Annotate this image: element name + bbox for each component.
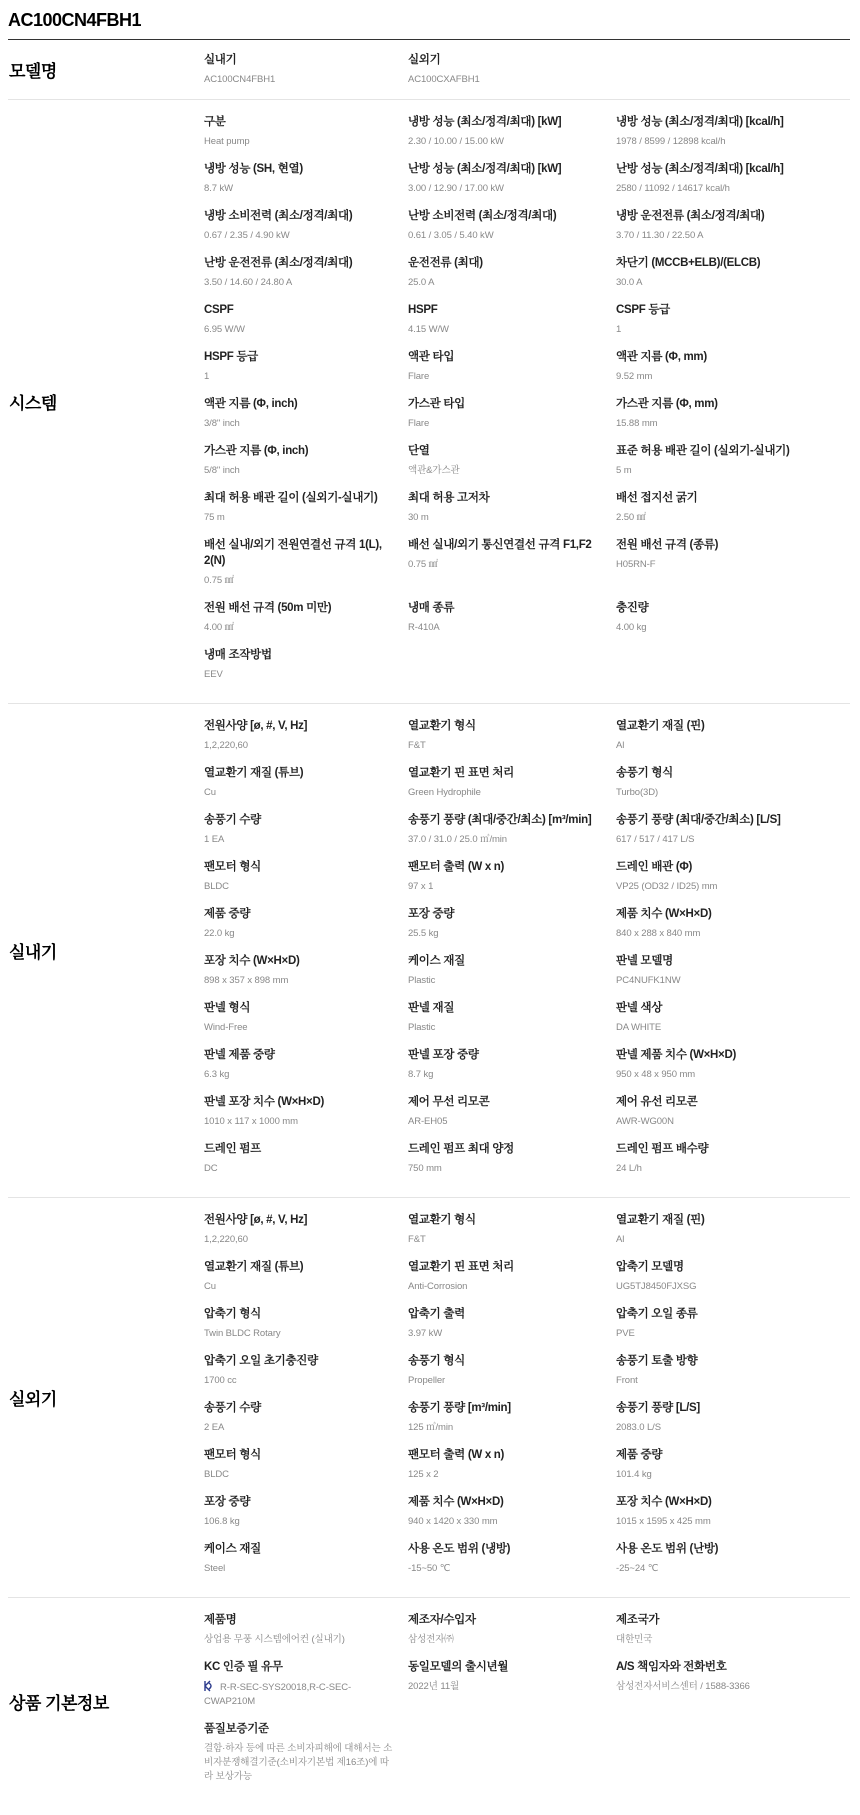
spec-value: Steel [204, 1562, 394, 1576]
spec-label: 제어 무선 리모콘 [408, 1094, 602, 1110]
spec-label: 가스관 지름 (Φ, mm) [616, 396, 818, 412]
spec-label: 드레인 배관 (Φ) [616, 859, 818, 875]
spec-label: 열교환기 재질 (핀) [616, 718, 818, 734]
spec-item: 송풍기 수량2 EA [204, 1400, 408, 1447]
spec-value: Plastic [408, 974, 602, 988]
spec-item: 최대 허용 고저차30 m [408, 490, 616, 537]
spec-value: 30 m [408, 511, 602, 525]
spec-page: AC100CN4FBH1 모델명실내기AC100CN4FBH1실외기AC100C… [0, 0, 860, 1805]
spec-value: DC [204, 1162, 394, 1176]
spec-label: 포장 중량 [408, 906, 602, 922]
spec-label: 케이스 재질 [408, 953, 602, 969]
spec-value: 106.8 kg [204, 1515, 394, 1529]
spec-label: 제품명 [204, 1612, 394, 1628]
spec-value: 15.88 mm [616, 417, 818, 431]
spec-item: 표준 허용 배관 길이 (실외기-실내기)5 m [616, 443, 832, 490]
spec-value: PC4NUFK1NW [616, 974, 818, 988]
spec-label: 가스관 타입 [408, 396, 602, 412]
spec-item: HSPF 등급1 [204, 349, 408, 396]
spec-value: 4.00 kg [616, 621, 818, 635]
spec-value: 25.0 A [408, 276, 602, 290]
spec-value: 2.30 / 10.00 / 15.00 kW [408, 135, 602, 149]
spec-label: 최대 허용 고저차 [408, 490, 602, 506]
spec-item: 드레인 펌프DC [204, 1141, 408, 1188]
spec-value: 6.3 kg [204, 1068, 394, 1082]
spec-item: 제품 치수 (W×H×D)840 x 288 x 840 mm [616, 906, 832, 953]
kc-cert-number: R-R-SEC-SYS20018,R-C-SEC-CWAP210M [204, 1682, 351, 1707]
spec-item: 냉방 성능 (SH, 현열)8.7 kW [204, 161, 408, 208]
spec-label: 가스관 지름 (Φ, inch) [204, 443, 394, 459]
spec-label: 사용 온도 범위 (냉방) [408, 1541, 602, 1557]
section-label: 실내기 [8, 704, 204, 1197]
spec-item: 난방 성능 (최소/정격/최대) [kcal/h]2580 / 11092 / … [616, 161, 832, 208]
spec-label: 열교환기 형식 [408, 1212, 602, 1228]
page-title: AC100CN4FBH1 [8, 8, 141, 31]
spec-item: 제어 무선 리모콘AR-EH05 [408, 1094, 616, 1141]
spec-label: 압축기 오일 종류 [616, 1306, 818, 1322]
spec-item: 송풍기 풍량 [m³/min]125 ㎥/min [408, 1400, 616, 1447]
spec-label: 판넬 제품 치수 (W×H×D) [616, 1047, 818, 1063]
spec-label: 판넬 제품 중량 [204, 1047, 394, 1063]
spec-value: 대한민국 [616, 1633, 818, 1647]
spec-label: 드레인 펌프 최대 양정 [408, 1141, 602, 1157]
section-label: 상품 기본정보 [8, 1598, 204, 1805]
spec-value: Front [616, 1374, 818, 1388]
spec-label: 난방 소비전력 (최소/정격/최대) [408, 208, 602, 224]
spec-label: 사용 온도 범위 (난방) [616, 1541, 818, 1557]
spec-label: 판넬 형식 [204, 1000, 394, 1016]
spec-label: 냉방 소비전력 (최소/정격/최대) [204, 208, 394, 224]
spec-value: 5 m [616, 464, 818, 478]
spec-label: 동일모델의 출시년월 [408, 1659, 602, 1675]
spec-label: 열교환기 재질 (튜브) [204, 1259, 394, 1275]
spec-label: 포장 중량 [204, 1494, 394, 1510]
spec-item: 열교환기 형식F&T [408, 718, 616, 765]
spec-label: 판넬 색상 [616, 1000, 818, 1016]
spec-item: 팬모터 출력 (W x n)97 x 1 [408, 859, 616, 906]
spec-label: 냉방 운전전류 (최소/정격/최대) [616, 208, 818, 224]
spec-label: 배선 실내/외기 전원연결선 규격 1(L), 2(N) [204, 537, 394, 569]
spec-label: 송풍기 풍량 [m³/min] [408, 1400, 602, 1416]
spec-value: BLDC [204, 880, 394, 894]
spec-item: 제조국가대한민국 [616, 1612, 832, 1659]
spec-label: 송풍기 수량 [204, 1400, 394, 1416]
spec-item: 액관 타입Flare [408, 349, 616, 396]
spec-item: 최대 허용 배관 길이 (실외기-실내기)75 m [204, 490, 408, 537]
spec-value: 840 x 288 x 840 mm [616, 927, 818, 941]
spec-item: 송풍기 형식Propeller [408, 1353, 616, 1400]
spec-label: CSPF [204, 302, 394, 318]
spec-item: 압축기 출력3.97 kW [408, 1306, 616, 1353]
spec-label: 송풍기 풍량 (최대/중간/최소) [m³/min] [408, 812, 602, 828]
spec-label: 판넬 포장 중량 [408, 1047, 602, 1063]
spec-section: 실내기전원사양 [ø, #, V, Hz]1,2,220,60열교환기 형식F&… [8, 704, 850, 1198]
spec-label: 단열 [408, 443, 602, 459]
spec-value: 8.7 kW [204, 182, 394, 196]
section-label: 시스템 [8, 100, 204, 703]
spec-value: AR-EH05 [408, 1115, 602, 1129]
spec-item: 팬모터 형식BLDC [204, 1447, 408, 1494]
spec-label: 품질보증기준 [204, 1721, 394, 1737]
section-label: 실외기 [8, 1198, 204, 1597]
spec-label: 배선 실내/외기 통신연결선 규격 F1,F2 [408, 537, 602, 553]
spec-item: 열교환기 핀 표면 처리Anti-Corrosion [408, 1259, 616, 1306]
spec-item: 송풍기 풍량 (최대/중간/최소) [L/S]617 / 517 / 417 L… [616, 812, 832, 859]
spec-value: -15~50 ℃ [408, 1562, 602, 1576]
spec-item: 압축기 모델명UG5TJ8450FJXSG [616, 1259, 832, 1306]
spec-value: Flare [408, 370, 602, 384]
spec-label: 열교환기 핀 표면 처리 [408, 1259, 602, 1275]
spec-item: 판넬 포장 치수 (W×H×D)1010 x 117 x 1000 mm [204, 1094, 408, 1141]
spec-value: Propeller [408, 1374, 602, 1388]
spec-label: 차단기 (MCCB+ELB)/(ELCB) [616, 255, 818, 271]
spec-value: F&T [408, 739, 602, 753]
spec-item: 팬모터 출력 (W x n)125 x 2 [408, 1447, 616, 1494]
spec-label: 구분 [204, 114, 394, 130]
spec-item: 송풍기 풍량 (최대/중간/최소) [m³/min]37.0 / 31.0 / … [408, 812, 616, 859]
spec-item: A/S 책임자와 전화번호삼성전자서비스센터 / 1588-3366 [616, 1659, 832, 1721]
spec-value: 3/8" inch [204, 417, 394, 431]
spec-value: 1 [204, 370, 394, 384]
spec-grid: 제품명상업용 무풍 시스템에어컨 (실내기)제조자/수입자삼성전자㈜제조국가대한… [204, 1598, 850, 1805]
spec-item: 가스관 지름 (Φ, inch)5/8" inch [204, 443, 408, 490]
spec-label: 팬모터 출력 (W x n) [408, 859, 602, 875]
spec-label: 난방 운전전류 (최소/정격/최대) [204, 255, 394, 271]
spec-value: H05RN-F [616, 558, 818, 572]
spec-value: 2083.0 L/S [616, 1421, 818, 1435]
spec-label: 제어 유선 리모콘 [616, 1094, 818, 1110]
spec-item: 판넬 형식Wind-Free [204, 1000, 408, 1047]
spec-label: 열교환기 재질 (핀) [616, 1212, 818, 1228]
spec-value: Green Hydrophile [408, 786, 602, 800]
spec-label: 케이스 재질 [204, 1541, 394, 1557]
spec-label: 판넬 모델명 [616, 953, 818, 969]
spec-item: 제품명상업용 무풍 시스템에어컨 (실내기) [204, 1612, 408, 1659]
spec-item: 팬모터 형식BLDC [204, 859, 408, 906]
spec-value: Plastic [408, 1021, 602, 1035]
spec-value: 1,2,220,60 [204, 739, 394, 753]
spec-item: 충진량4.00 kg [616, 600, 832, 647]
spec-item: 드레인 펌프 최대 양정750 mm [408, 1141, 616, 1188]
spec-item: 제품 중량101.4 kg [616, 1447, 832, 1494]
spec-label: 냉매 종류 [408, 600, 602, 616]
spec-section: 실외기전원사양 [ø, #, V, Hz]1,2,220,60열교환기 형식F&… [8, 1198, 850, 1598]
spec-item: 드레인 배관 (Φ)VP25 (OD32 / ID25) mm [616, 859, 832, 906]
spec-label: 송풍기 형식 [408, 1353, 602, 1369]
spec-value: Flare [408, 417, 602, 431]
spec-value: AWR-WG00N [616, 1115, 818, 1129]
spec-label: 송풍기 풍량 [L/S] [616, 1400, 818, 1416]
spec-value: AC100CN4FBH1 [204, 73, 394, 87]
spec-label: 전원사양 [ø, #, V, Hz] [204, 718, 394, 734]
spec-label: 송풍기 토출 방향 [616, 1353, 818, 1369]
spec-item: 동일모델의 출시년월2022년 11월 [408, 1659, 616, 1721]
spec-value: -25~24 ℃ [616, 1562, 818, 1576]
spec-label: 팬모터 출력 (W x n) [408, 1447, 602, 1463]
spec-grid: 전원사양 [ø, #, V, Hz]1,2,220,60열교환기 형식F&T열교… [204, 1198, 850, 1597]
spec-label: 제조국가 [616, 1612, 818, 1628]
spec-value: Cu [204, 1280, 394, 1294]
spec-label: 제조자/수입자 [408, 1612, 602, 1628]
spec-label: 액관 지름 (Φ, inch) [204, 396, 394, 412]
spec-label: 제품 치수 (W×H×D) [408, 1494, 602, 1510]
spec-item: 열교환기 재질 (핀)Al [616, 1212, 832, 1259]
spec-item: 전원사양 [ø, #, V, Hz]1,2,220,60 [204, 1212, 408, 1259]
spec-label: 제품 중량 [616, 1447, 818, 1463]
spec-label: 압축기 출력 [408, 1306, 602, 1322]
spec-value: 3.97 kW [408, 1327, 602, 1341]
spec-value: R-410A [408, 621, 602, 635]
title-bar: AC100CN4FBH1 [8, 0, 850, 40]
spec-item: 전원사양 [ø, #, V, Hz]1,2,220,60 [204, 718, 408, 765]
spec-value: 750 mm [408, 1162, 602, 1176]
spec-label: 송풍기 풍량 (최대/중간/최소) [L/S] [616, 812, 818, 828]
spec-value: VP25 (OD32 / ID25) mm [616, 880, 818, 894]
spec-item: 냉방 운전전류 (최소/정격/최대)3.70 / 11.30 / 22.50 A [616, 208, 832, 255]
spec-label: 실내기 [204, 52, 394, 68]
spec-item: 송풍기 토출 방향Front [616, 1353, 832, 1400]
spec-item: 냉매 종류R-410A [408, 600, 616, 647]
spec-label: 압축기 모델명 [616, 1259, 818, 1275]
spec-label: 배선 접지선 굵기 [616, 490, 818, 506]
spec-value: 1700 cc [204, 1374, 394, 1388]
spec-grid: 구분Heat pump냉방 성능 (최소/정격/최대) [kW]2.30 / 1… [204, 100, 850, 703]
spec-item: 열교환기 형식F&T [408, 1212, 616, 1259]
spec-value: UG5TJ8450FJXSG [616, 1280, 818, 1294]
spec-label: 열교환기 핀 표면 처리 [408, 765, 602, 781]
spec-item: 난방 운전전류 (최소/정격/최대)3.50 / 14.60 / 24.80 A [204, 255, 408, 302]
spec-label: 제품 중량 [204, 906, 394, 922]
spec-label: 최대 허용 배관 길이 (실외기-실내기) [204, 490, 394, 506]
spec-label: 판넬 재질 [408, 1000, 602, 1016]
spec-item: 제품 치수 (W×H×D)940 x 1420 x 330 mm [408, 1494, 616, 1541]
spec-value: Al [616, 1233, 818, 1247]
spec-label: 판넬 포장 치수 (W×H×D) [204, 1094, 394, 1110]
spec-label: 표준 허용 배관 길이 (실외기-실내기) [616, 443, 818, 459]
spec-item: 품질보증기준결함·하자 등에 따른 소비자피해에 대해서는 소비자분쟁해결기준(… [204, 1721, 408, 1796]
spec-label: 액관 지름 (Φ, mm) [616, 349, 818, 365]
spec-item: 포장 치수 (W×H×D)898 x 357 x 898 mm [204, 953, 408, 1000]
spec-value: Twin BLDC Rotary [204, 1327, 394, 1341]
spec-item: 열교환기 재질 (핀)Al [616, 718, 832, 765]
spec-label: 냉매 조작방법 [204, 647, 394, 663]
spec-label: 냉방 성능 (최소/정격/최대) [kW] [408, 114, 602, 130]
section-label: 모델명 [8, 40, 204, 99]
spec-value: 3.00 / 12.90 / 17.00 kW [408, 182, 602, 196]
spec-label: 전원 배선 규격 (종류) [616, 537, 818, 553]
spec-item: 포장 중량25.5 kg [408, 906, 616, 953]
spec-item: 배선 실내/외기 통신연결선 규격 F1,F20.75 ㎟ [408, 537, 616, 600]
spec-value: 5/8" inch [204, 464, 394, 478]
spec-item: 압축기 오일 종류PVE [616, 1306, 832, 1353]
spec-section: 시스템구분Heat pump냉방 성능 (최소/정격/최대) [kW]2.30 … [8, 100, 850, 704]
spec-value: 950 x 48 x 950 mm [616, 1068, 818, 1082]
spec-label: 냉방 성능 (SH, 현열) [204, 161, 394, 177]
spec-value: 0.61 / 3.05 / 5.40 kW [408, 229, 602, 243]
spec-value: R-R-SEC-SYS20018,R-C-SEC-CWAP210M [204, 1680, 394, 1709]
spec-label: 전원 배선 규격 (50m 미만) [204, 600, 394, 616]
spec-value: 6.95 W/W [204, 323, 394, 337]
spec-item: HSPF4.15 W/W [408, 302, 616, 349]
spec-label: A/S 책임자와 전화번호 [616, 1659, 818, 1675]
spec-value: 30.0 A [616, 276, 818, 290]
spec-value: Cu [204, 786, 394, 800]
spec-item: 실외기AC100CXAFBH1 [408, 52, 616, 99]
spec-item: 판넬 제품 치수 (W×H×D)950 x 48 x 950 mm [616, 1047, 832, 1094]
spec-label: 전원사양 [ø, #, V, Hz] [204, 1212, 394, 1228]
spec-value: 125 x 2 [408, 1468, 602, 1482]
spec-value: 25.5 kg [408, 927, 602, 941]
spec-value: 4.00 ㎟ [204, 621, 394, 635]
spec-value: 1 EA [204, 833, 394, 847]
spec-item: 판넬 포장 중량8.7 kg [408, 1047, 616, 1094]
spec-item: CSPF6.95 W/W [204, 302, 408, 349]
spec-item: 배선 접지선 굵기2.50 ㎟ [616, 490, 832, 537]
spec-label: 난방 성능 (최소/정격/최대) [kW] [408, 161, 602, 177]
spec-label: 포장 치수 (W×H×D) [616, 1494, 818, 1510]
spec-item: 판넬 재질Plastic [408, 1000, 616, 1047]
spec-value: 2.50 ㎟ [616, 511, 818, 525]
spec-item: 냉매 조작방법EEV [204, 647, 408, 694]
spec-value: AC100CXAFBH1 [408, 73, 602, 87]
spec-value: 97 x 1 [408, 880, 602, 894]
spec-item: 전원 배선 규격 (50m 미만)4.00 ㎟ [204, 600, 408, 647]
spec-value: Heat pump [204, 135, 394, 149]
spec-item: 송풍기 풍량 [L/S]2083.0 L/S [616, 1400, 832, 1447]
spec-value: 0.75 ㎟ [204, 574, 394, 588]
spec-value: 삼성전자서비스센터 / 1588-3366 [616, 1680, 818, 1694]
spec-section: 상품 기본정보제품명상업용 무풍 시스템에어컨 (실내기)제조자/수입자삼성전자… [8, 1598, 850, 1805]
spec-item: 송풍기 수량1 EA [204, 812, 408, 859]
spec-value: BLDC [204, 1468, 394, 1482]
spec-value: 9.52 mm [616, 370, 818, 384]
spec-value: Al [616, 739, 818, 753]
spec-item: 액관 지름 (Φ, mm)9.52 mm [616, 349, 832, 396]
spec-value: 액관&가스관 [408, 464, 602, 478]
spec-value: EEV [204, 668, 394, 682]
spec-item: 차단기 (MCCB+ELB)/(ELCB)30.0 A [616, 255, 832, 302]
spec-label: 포장 치수 (W×H×D) [204, 953, 394, 969]
spec-label: 난방 성능 (최소/정격/최대) [kcal/h] [616, 161, 818, 177]
spec-label: 팬모터 형식 [204, 859, 394, 875]
spec-item: 냉방 성능 (최소/정격/최대) [kcal/h]1978 / 8599 / 1… [616, 114, 832, 161]
spec-value: 75 m [204, 511, 394, 525]
spec-item: KC 인증 필 유무R-R-SEC-SYS20018,R-C-SEC-CWAP2… [204, 1659, 408, 1721]
spec-value: 1,2,220,60 [204, 1233, 394, 1247]
spec-item: 구분Heat pump [204, 114, 408, 161]
spec-value: 101.4 kg [616, 1468, 818, 1482]
spec-label: 냉방 성능 (최소/정격/최대) [kcal/h] [616, 114, 818, 130]
spec-label: 압축기 형식 [204, 1306, 394, 1322]
spec-value: 125 ㎥/min [408, 1421, 602, 1435]
spec-item: 전원 배선 규격 (종류)H05RN-F [616, 537, 832, 600]
spec-value: 2580 / 11092 / 14617 kcal/h [616, 182, 818, 196]
spec-label: 충진량 [616, 600, 818, 616]
spec-item: 포장 치수 (W×H×D)1015 x 1595 x 425 mm [616, 1494, 832, 1541]
spec-label: 드레인 펌프 배수량 [616, 1141, 818, 1157]
spec-item: 드레인 펌프 배수량24 L/h [616, 1141, 832, 1188]
spec-label: CSPF 등급 [616, 302, 818, 318]
spec-value: 3.70 / 11.30 / 22.50 A [616, 229, 818, 243]
spec-value: 3.50 / 14.60 / 24.80 A [204, 276, 394, 290]
spec-value: 4.15 W/W [408, 323, 602, 337]
spec-item: 냉방 소비전력 (최소/정격/최대)0.67 / 2.35 / 4.90 kW [204, 208, 408, 255]
spec-value: 1015 x 1595 x 425 mm [616, 1515, 818, 1529]
spec-label: 제품 치수 (W×H×D) [616, 906, 818, 922]
spec-item: 압축기 형식Twin BLDC Rotary [204, 1306, 408, 1353]
spec-item: CSPF 등급1 [616, 302, 832, 349]
spec-item: 열교환기 재질 (튜브)Cu [204, 765, 408, 812]
spec-item: 케이스 재질Steel [204, 1541, 408, 1588]
spec-item: 난방 성능 (최소/정격/최대) [kW]3.00 / 12.90 / 17.0… [408, 161, 616, 208]
spec-item: 냉방 성능 (최소/정격/최대) [kW]2.30 / 10.00 / 15.0… [408, 114, 616, 161]
spec-label: 드레인 펌프 [204, 1141, 394, 1157]
spec-value: 0.67 / 2.35 / 4.90 kW [204, 229, 394, 243]
spec-item: 가스관 지름 (Φ, mm)15.88 mm [616, 396, 832, 443]
spec-item: 열교환기 핀 표면 처리Green Hydrophile [408, 765, 616, 812]
spec-value: 2 EA [204, 1421, 394, 1435]
spec-label: 열교환기 형식 [408, 718, 602, 734]
spec-value: Wind-Free [204, 1021, 394, 1035]
spec-item: 케이스 재질Plastic [408, 953, 616, 1000]
spec-label: 송풍기 형식 [616, 765, 818, 781]
spec-label: 실외기 [408, 52, 602, 68]
spec-value: 결함·하자 등에 따른 소비자피해에 대해서는 소비자분쟁해결기준(소비자기본법… [204, 1742, 394, 1784]
spec-section: 모델명실내기AC100CN4FBH1실외기AC100CXAFBH1 [8, 40, 850, 100]
spec-item: 포장 중량106.8 kg [204, 1494, 408, 1541]
spec-value: DA WHITE [616, 1021, 818, 1035]
spec-label: 액관 타입 [408, 349, 602, 365]
spec-item: 사용 온도 범위 (난방)-25~24 ℃ [616, 1541, 832, 1588]
spec-label: 압축기 오일 초기충진량 [204, 1353, 394, 1369]
spec-value: Anti-Corrosion [408, 1280, 602, 1294]
spec-value: 상업용 무풍 시스템에어컨 (실내기) [204, 1633, 394, 1647]
spec-item: 가스관 타입Flare [408, 396, 616, 443]
spec-value: 8.7 kg [408, 1068, 602, 1082]
spec-item: 판넬 색상DA WHITE [616, 1000, 832, 1047]
spec-label: 팬모터 형식 [204, 1447, 394, 1463]
spec-item: 제조자/수입자삼성전자㈜ [408, 1612, 616, 1659]
spec-value: 940 x 1420 x 330 mm [408, 1515, 602, 1529]
spec-item: 제품 중량22.0 kg [204, 906, 408, 953]
spec-value: F&T [408, 1233, 602, 1247]
spec-value: 1010 x 117 x 1000 mm [204, 1115, 394, 1129]
spec-item: 판넬 모델명PC4NUFK1NW [616, 953, 832, 1000]
spec-item: 단열액관&가스관 [408, 443, 616, 490]
spec-sections: 모델명실내기AC100CN4FBH1실외기AC100CXAFBH1시스템구분He… [8, 40, 850, 1805]
spec-item: 실내기AC100CN4FBH1 [204, 52, 408, 99]
spec-value: 37.0 / 31.0 / 25.0 ㎥/min [408, 833, 602, 847]
spec-item: 운전전류 (최대)25.0 A [408, 255, 616, 302]
spec-label: HSPF [408, 302, 602, 318]
spec-value: 1978 / 8599 / 12898 kcal/h [616, 135, 818, 149]
spec-value: Turbo(3D) [616, 786, 818, 800]
spec-label: 운전전류 (최대) [408, 255, 602, 271]
spec-item: 난방 소비전력 (최소/정격/최대)0.61 / 3.05 / 5.40 kW [408, 208, 616, 255]
spec-item: 제어 유선 리모콘AWR-WG00N [616, 1094, 832, 1141]
spec-value: 1 [616, 323, 818, 337]
spec-item: 액관 지름 (Φ, inch)3/8" inch [204, 396, 408, 443]
spec-label: HSPF 등급 [204, 349, 394, 365]
spec-grid: 실내기AC100CN4FBH1실외기AC100CXAFBH1 [204, 40, 850, 99]
spec-value: 898 x 357 x 898 mm [204, 974, 394, 988]
spec-item: 송풍기 형식Turbo(3D) [616, 765, 832, 812]
spec-label: KC 인증 필 유무 [204, 1659, 394, 1675]
spec-item: 열교환기 재질 (튜브)Cu [204, 1259, 408, 1306]
spec-value: 22.0 kg [204, 927, 394, 941]
spec-label: 송풍기 수량 [204, 812, 394, 828]
spec-value: 0.75 ㎟ [408, 558, 602, 572]
